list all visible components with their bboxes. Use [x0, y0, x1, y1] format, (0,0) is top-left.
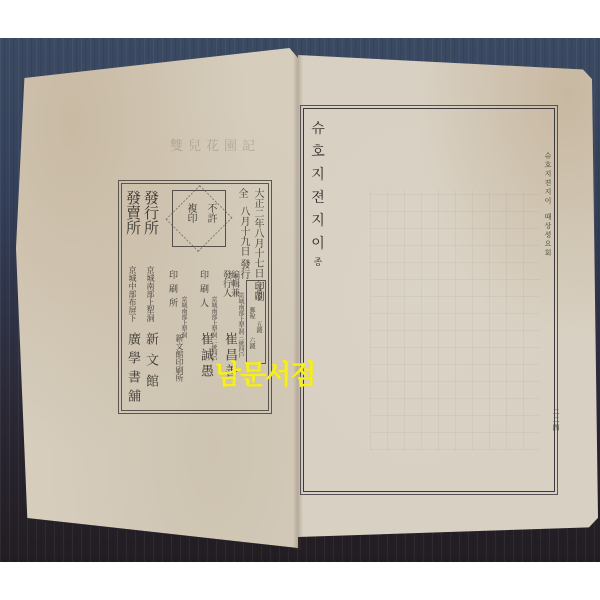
- title-char: 슈: [310, 118, 326, 141]
- side-subtitle: 때상셩요회: [544, 213, 551, 258]
- title-char: 호: [310, 141, 326, 164]
- printer-label: 印刷人: [198, 270, 207, 312]
- price-value: 五錢: [255, 321, 261, 333]
- price-label: 定價金: [255, 283, 261, 301]
- issuing-office-label: 發行所: [143, 190, 158, 235]
- title-char: 지: [310, 210, 326, 233]
- shop-watermark: 남문서점: [215, 353, 315, 392]
- editor-address: 京城南部上犁洞三統四戶: [237, 292, 243, 358]
- faint-grid-impression: [370, 190, 540, 450]
- print-shop-address: 京城南部上犁洞: [180, 296, 186, 338]
- print-shop-name: 新文館印刷所: [175, 334, 183, 382]
- title-char: 젼: [310, 187, 326, 210]
- price-box: 定價金 五錢 郵稅 六錢: [246, 280, 266, 364]
- complete-mark: 全: [236, 188, 246, 198]
- issuing-office-address: 京城南部上犁洞: [146, 266, 154, 322]
- sales-office-address: 京城中部布屏下: [128, 266, 136, 322]
- issuing-office-name: 新文館: [144, 332, 157, 395]
- seal-text-left: 複印: [185, 203, 195, 223]
- no-copy-seal: 不許 複印: [172, 190, 226, 247]
- printer-name: 崔誠愚: [199, 332, 212, 380]
- sales-office-label: 發賣所: [125, 190, 140, 235]
- chapter-title: 슈 호 지 젼 지 이 종: [310, 118, 326, 270]
- postage-label: 郵稅: [248, 307, 254, 319]
- title-char: 지: [310, 164, 326, 187]
- page-number: 二二四: [552, 408, 559, 432]
- sales-office-name: 廣學書舖: [126, 332, 139, 408]
- title-char: 종: [310, 256, 326, 270]
- title-char: 이: [310, 233, 326, 256]
- seal-text-right: 不許: [205, 203, 215, 223]
- side-title: 슈호지젼지이: [544, 152, 551, 206]
- book-gutter: [293, 50, 303, 550]
- publish-date: 八月十九日 發行: [238, 206, 248, 279]
- print-shop-label: 印刷所: [167, 270, 176, 312]
- postage-value: 六錢: [248, 337, 254, 349]
- bleed-through-title: 雙兒花園記: [170, 135, 260, 154]
